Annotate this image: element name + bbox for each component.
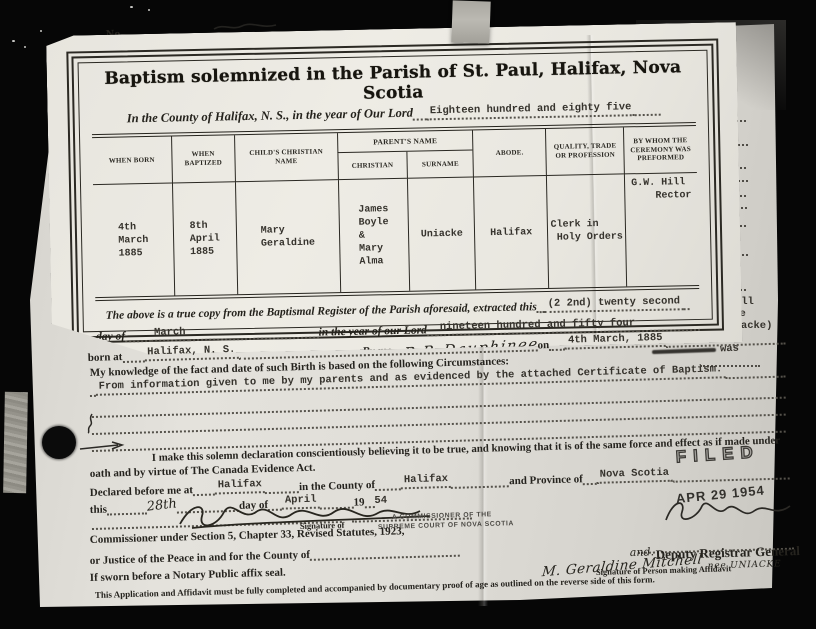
col-header-parent-christian: CHRISTIAN (337, 152, 407, 180)
dotted-leader (537, 299, 545, 313)
county-label: in the County of (299, 479, 375, 493)
signature-deputy-registrar (660, 494, 800, 528)
cell-when-born: 4th March 1885 (93, 184, 174, 298)
born-at-label: born at (88, 351, 123, 364)
born-on-typed: 4th March, 1885 (565, 332, 666, 350)
dotted-leader (634, 102, 660, 117)
dotted-leader (725, 364, 786, 380)
day-of-typed: March (151, 326, 189, 342)
dotted-leader (638, 317, 700, 332)
dust-speck (24, 46, 26, 48)
dotted-leader (583, 471, 597, 485)
dust-speck (148, 9, 150, 11)
province-typed: Nova Scotia (597, 467, 673, 484)
this-label: this (90, 504, 107, 516)
cell-abode: Halifax (473, 176, 548, 289)
certificate-border-outer: Baptism solemnized in the Parish of St. … (66, 39, 724, 344)
dotted-leader (427, 322, 437, 336)
county-line-typed-year: Eighteen hundred and eighty five (427, 101, 635, 120)
extract-typed: (2 2nd) twenty second (545, 295, 684, 313)
col-header-parents-name: PARENT'S NAME (337, 130, 473, 153)
pen-flourish-mark (84, 412, 98, 434)
cell-when-baptized: 8th April 1885 (172, 182, 238, 295)
province-label: and Province of (509, 473, 583, 487)
dust-speck (40, 30, 42, 32)
col-header-when-baptized: WHEN BAPTIZED (171, 135, 235, 183)
dotted-leader (683, 296, 690, 310)
baptism-register-table: WHEN BORN WHEN BAPTIZED CHILD'S CHRISTIA… (92, 122, 699, 301)
county-typed: Halifax (401, 473, 452, 489)
baptism-certificate: Baptism solemnized in the Parish of St. … (46, 22, 742, 356)
cell-by-whom: G.W. Hill Rector (624, 173, 699, 286)
born-at-typed: Halifax, N. S. (144, 344, 239, 362)
dotted-leader (375, 476, 401, 491)
cell-childs-name: Mary Geraldine (235, 180, 340, 294)
col-header-childs-christian-name: CHILD'S CHRISTIAN NAME (234, 133, 338, 182)
cell-parent-christian: James Boyle & Mary Alma (338, 179, 410, 292)
adhesive-tape (451, 0, 490, 43)
col-header-when-born: WHEN BORN (92, 137, 171, 186)
col-header-by-whom: BY WHOM THE CEREMONY WAS PREFORMED (623, 126, 696, 174)
dotted-leader (107, 500, 147, 515)
dust-speck (130, 6, 133, 8)
on-label: on (537, 339, 549, 351)
cell-parent-surname: Uniacke (407, 177, 476, 290)
col-header-quality-trade: QUALITY, TRADE OR PROFESSION (545, 127, 624, 176)
dotted-leader (265, 479, 299, 494)
adhesive-tape-strip (3, 392, 28, 493)
county-line-printed: In the County of Halifax, N. S., in the … (127, 106, 413, 127)
cell-quality-trade: Clerk in Holy Orders (546, 174, 627, 288)
certificate-border-middle: Baptism solemnized in the Parish of St. … (71, 44, 719, 339)
col-header-abode: ABODE. (472, 129, 545, 177)
scanned-baptism-affidavit: No. 54.. tchell t (nee Uniacke) was Bapt… (0, 0, 816, 629)
declared-place-typed: Halifax (215, 478, 266, 494)
col-header-parent-surname: SURNAME (406, 150, 473, 178)
dotted-leader (125, 328, 151, 343)
dotted-leader (549, 337, 565, 351)
dotted-leader (451, 473, 509, 489)
filed-stamp: FILED (675, 444, 760, 466)
year-of-lord-label: in the year of our Lord (318, 324, 427, 338)
dotted-leader (188, 325, 318, 342)
dotted-leader (122, 348, 144, 363)
certificate-border-inner: Baptism solemnized in the Parish of St. … (78, 50, 713, 333)
dotted-leader (413, 106, 427, 120)
dust-speck (12, 40, 15, 42)
punch-hole (42, 426, 76, 459)
extract-printed: The above is a true copy from the Baptis… (106, 301, 537, 322)
